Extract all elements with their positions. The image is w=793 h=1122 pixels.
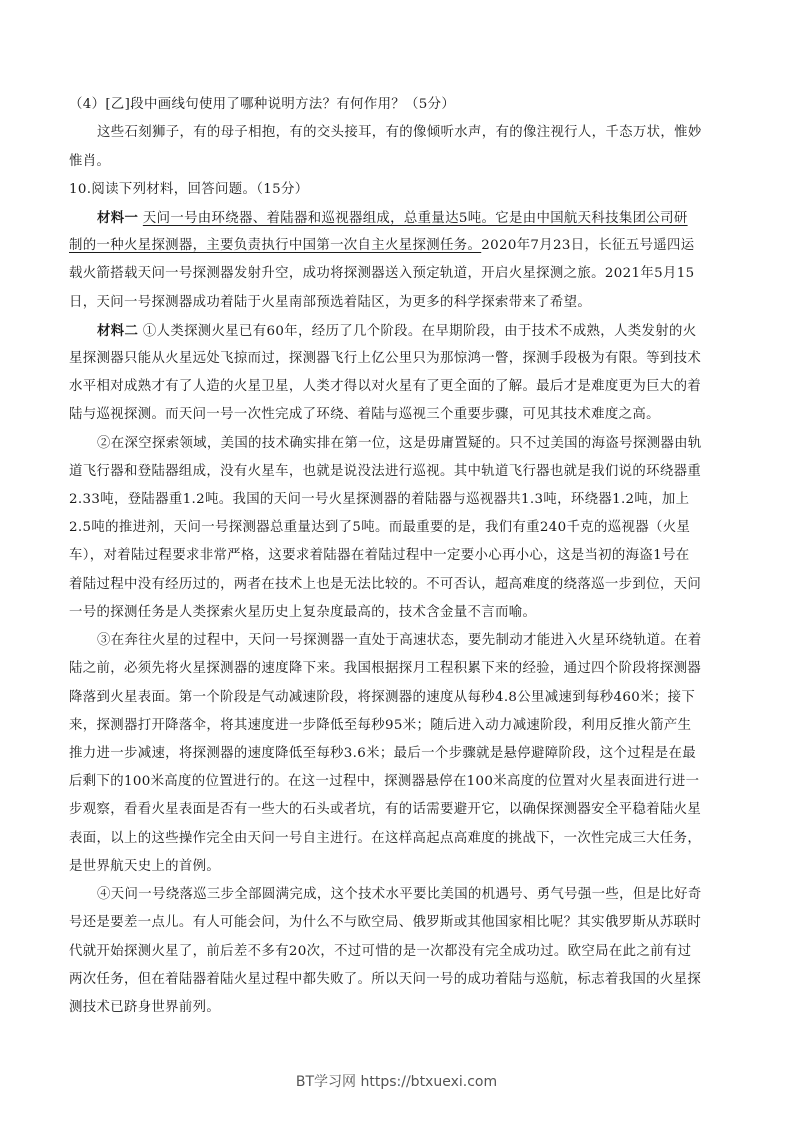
material-2-p1-line-1: 材料二 ①人类探测火星已有60年，经历了几个阶段。在早期阶段，由于技术不成熟，人… [97, 322, 757, 341]
material-2-p3-line-6: 后剩下的100米高度的位置进行的。在这一过程中，探测器悬停在100米高度的位置对… [69, 773, 729, 791]
material-1-line-4: 日，天问一号探测器成功着陆于火星南部预选着陆区，为更多的科学探索带来了希望。 [69, 294, 729, 312]
material-2-p2-line-7: 一号的探测任务是人类探索火星历史上复杂度最高的，技术含金量不言而喻。 [69, 604, 729, 622]
material-2-p2-line-4: 2.5吨的推进剂，天问一号探测器总重量达到了5吨。而最重要的是，我们有重240千… [69, 519, 729, 537]
material-2-p2-line-2: 道飞行器和登陆器组成，没有火星车，也就是说没法进行巡视。其中轨道飞行器也就是我们… [69, 463, 729, 481]
material-2-p2-line-3: 2.33吨，登陆器重1.2吨。我国的天问一号火星探测器的着陆器与巡视器共1.3吨… [69, 491, 729, 509]
material-2-label: 材料二 [97, 323, 138, 339]
material-2-p4-line-3: 代就开始探测火星了，前后差不多有20次，不过可惜的是一次都没有完全成功过。欧空局… [69, 943, 729, 961]
material-2-p2-line-6: 着陆过程中没有经历过的，两者在技术上也是无法比较的。不可否认，超高难度的绕落巡一… [69, 576, 729, 594]
material-2-p2-line-5: 车），对着陆过程要求非常严格，这要求着陆器在着陆过程中一定要小心再小心，这是当初… [69, 547, 729, 565]
material-2-p1-line-2: 星探测器只能从火星远处飞掠而过，探测器飞行上亿公里只为那惊鸿一瞥，探测手段极为有… [69, 350, 729, 368]
material-2-p4-line-4: 两次任务，但在着陆器着陆火星过程中都失败了。所以天问一号的成功着陆与巡航，标志着… [69, 971, 729, 989]
question-4-quote-line-1: 这些石刻狮子，有的母子相抱，有的交头接耳，有的像倾听水声，有的像注视行人，千态万… [97, 124, 757, 142]
material-2-p3-line-2: 陆之前，必须先将火星探测器的速度降下来。我国根据探月工程积累下来的经验，通过四个… [69, 660, 729, 678]
material-2-p4-line-2: 号还是要差一点儿。有人可能会问，为什么不与欧空局、俄罗斯或其他国家相比呢？其实俄… [69, 914, 729, 932]
material-2-p3-line-9: 是世界航天史上的首例。 [69, 858, 729, 876]
material-2-p3-line-7: 步观察，看看火星表面是否有一些大的石头或者坑，有的话需要避开它，以确保探测器安全… [69, 801, 729, 819]
material-2-p3-line-3: 降落到火星表面。第一个阶段是气动减速阶段，将探测器的速度从每秒4.8公里减速到每… [69, 689, 729, 707]
material-1-line-1: 材料一 天问一号由环绕器、着陆器和巡视器组成，总重量达5吨。它是由中国航天科技集… [97, 209, 757, 228]
material-2-p3-line-4: 来，探测器打开降落伞，将其速度进一步降低至每秒95米；随后进入动力减速阶段，利用… [69, 717, 729, 735]
material-1-line-3: 载火箭搭载天问一号探测器发射升空，成功将探测器送入预定轨道，开启火星探测之旅。2… [69, 265, 729, 283]
material-2-p3-line-8: 表面，以上的这些操作完全由天问一号自主进行。在这样高起点高难度的挑战下，一次性完… [69, 830, 729, 848]
material-1-label: 材料一 [97, 210, 138, 226]
material-1-line-2: 制的一种火星探测器，主要负责执行中国第一次自主火星探测任务。2020年7月23日… [69, 237, 729, 255]
material-2-p4-line-1: ④天问一号绕落巡三步全部圆满完成，这个技术水平要比美国的机遇号、勇气号强一些，但… [97, 886, 757, 904]
document-page: （4）[乙]段中画线句使用了哪种说明方法？有何作用？（5分） 这些石刻狮子，有的… [0, 0, 793, 1122]
material-1-underlined-sentence-part-2: 制的一种火星探测器，主要负责执行中国第一次自主火星探测任务。 [69, 238, 481, 253]
material-2-p4-line-5: 测技术已跻身世界前列。 [69, 999, 729, 1017]
footer-watermark: BT学习网 https://btxuexi.com [0, 1071, 793, 1091]
material-2-p1-text: ①人类探测火星已有60年，经历了几个阶段。在早期阶段，由于技术不成熟，人类发射的… [143, 324, 697, 339]
material-2-p2-line-1: ②在深空探索领域，美国的技术确实排在第一位，这是毋庸置疑的。只不过美国的海盗号探… [97, 435, 757, 453]
question-4-prompt: （4）[乙]段中画线句使用了哪种说明方法？有何作用？（5分） [69, 96, 729, 114]
material-2-p3-line-5: 推力进一步减速，将探测器的速度降低至每秒3.6米；最后一个步骤就是悬停避障阶段，… [69, 745, 729, 763]
question-10-prompt: 10.阅读下列材料，回答问题。（15分） [69, 181, 729, 199]
material-2-p1-line-3: 水平相对成熟才有了人造的火星卫星，人类才得以对火星有了更全面的了解。最后才是难度… [69, 378, 729, 396]
material-2-p3-line-1: ③在奔往火星的过程中，天问一号探测器一直处于高速状态，要先制动才能进入火星环绕轨… [97, 632, 757, 650]
material-1-underlined-sentence-part-1: 天问一号由环绕器、着陆器和巡视器组成，总重量达5吨。它是由中国航天科技集团公司研 [143, 211, 688, 226]
material-2-p1-line-4: 陆与巡视探测。而天问一号一次性完成了环绕、着陆与巡视三个重要步骤，可见其技术难度… [69, 406, 729, 424]
material-1-line-2-rest: 2020年7月23日，长征五号遥四运 [481, 238, 694, 253]
question-4-quote-line-2: 惟肖。 [69, 153, 729, 171]
